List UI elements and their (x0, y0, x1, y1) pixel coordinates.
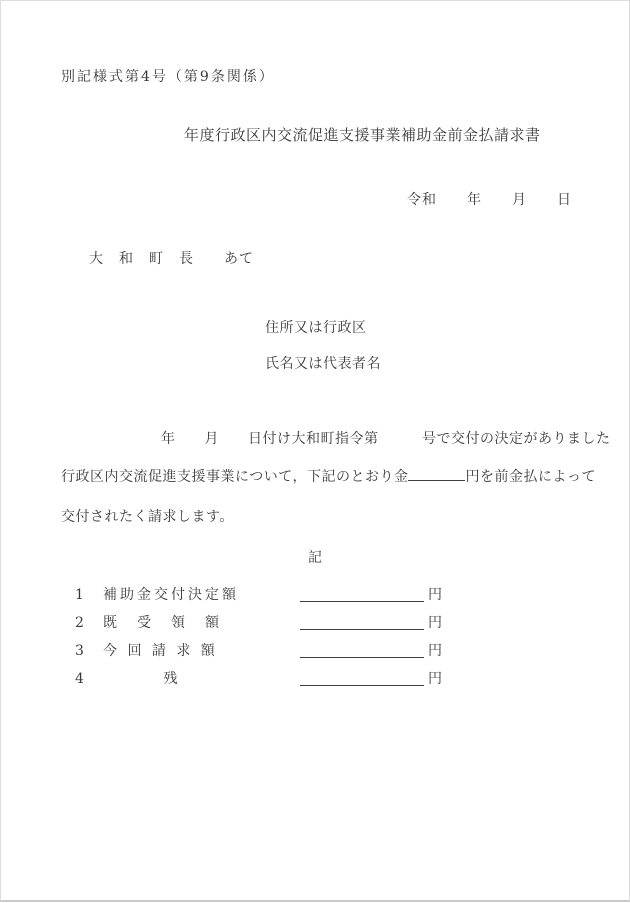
item-row-balance: 4 残 円 (75, 670, 442, 688)
form-number: 別記様式第4号（第9条関係） (61, 68, 275, 86)
item-unit: 円 (428, 614, 442, 632)
document-title: 年度行政区内交流促進支援事業補助金前金払請求書 (184, 126, 541, 144)
addressee-line: 大 和 町 長 あて (89, 250, 254, 268)
applicant-name-label: 氏名又は代表者名 (265, 355, 381, 373)
item-amount-blank (300, 672, 424, 686)
item-number: 2 (75, 614, 103, 632)
body-line-2-tail: 円を前金払によって (465, 469, 596, 485)
applicant-address-label: 住所又は行政区 (265, 319, 367, 337)
item-number: 1 (75, 586, 103, 604)
item-amount-blank (300, 588, 424, 602)
item-label: 既 受 領 額 (103, 614, 238, 632)
item-unit: 円 (428, 670, 442, 688)
item-label: 補助金交付決定額 (103, 586, 238, 604)
body-line-3: 交付されたく請求します。 (61, 508, 234, 526)
body-line-2: 行政区内交流促進支援事業について，下記のとおり金円を前金払によって (61, 467, 596, 486)
item-label: 残 (103, 670, 238, 688)
item-label: 今 回 請 求 額 (103, 642, 238, 660)
document-page: 別記様式第4号（第9条関係） 年度行政区内交流促進支援事業補助金前金払請求書 令… (0, 0, 630, 902)
item-row-decided-amount: 1 補助金交付決定額 円 (75, 586, 442, 604)
item-row-received-amount: 2 既 受 領 額 円 (75, 614, 442, 632)
item-number: 4 (75, 670, 103, 688)
date-line: 令和 年 月 日 (407, 191, 572, 209)
item-number: 3 (75, 642, 103, 660)
item-unit: 円 (428, 642, 442, 660)
item-amount-blank (300, 644, 424, 658)
item-row-requested-amount: 3 今 回 請 求 額 円 (75, 642, 442, 660)
amount-blank-field (408, 467, 465, 481)
body-line-2-text: 行政区内交流促進支援事業について，下記のとおり金 (61, 469, 408, 485)
record-heading: 記 (1, 549, 629, 567)
item-unit: 円 (428, 586, 442, 604)
item-amount-blank (300, 616, 424, 630)
body-line-1: 年 月 日付け大和町指令第 号で交付の決定がありました (161, 430, 611, 448)
